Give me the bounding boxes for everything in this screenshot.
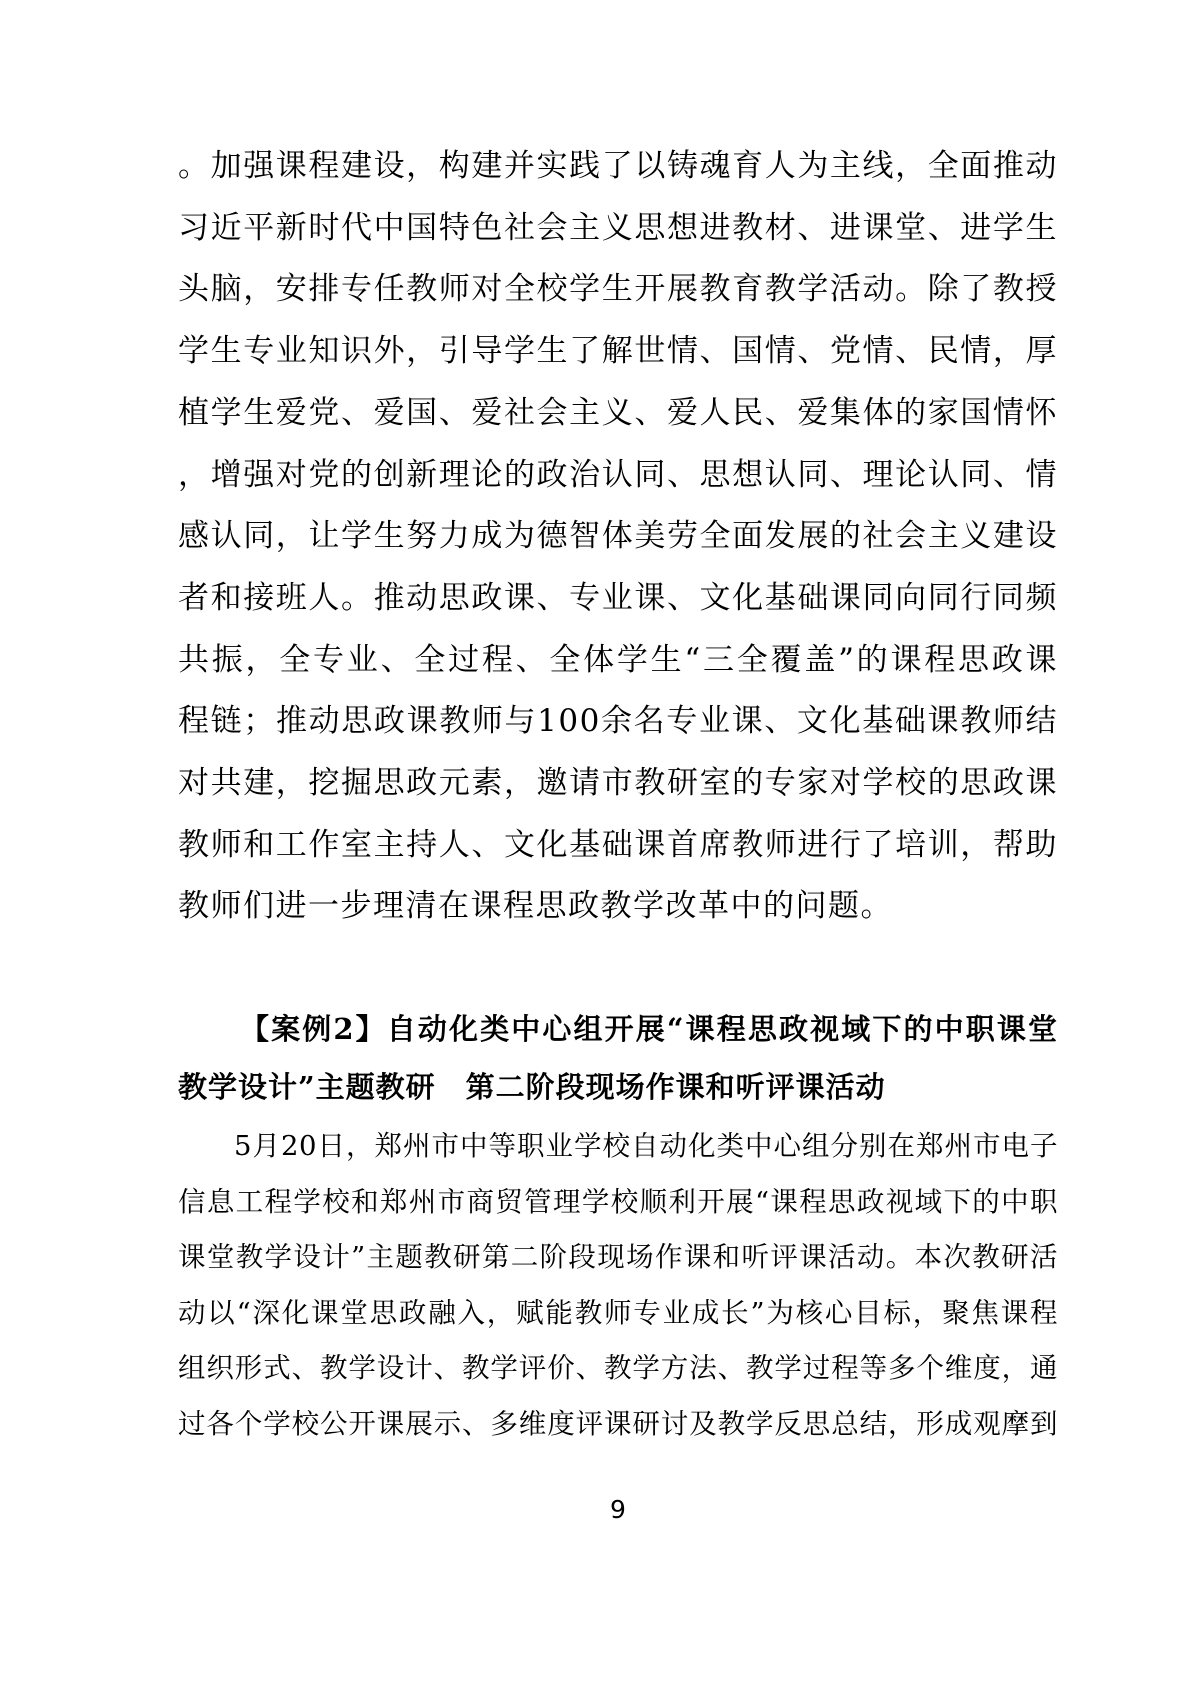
text-line: 教师们进一步理清在课程思政教学改革中的问题。 (178, 876, 1058, 938)
text-line: 植学生爱党、爱国、爱社会主义、爱人民、爱集体的家国情怀 (178, 383, 1058, 445)
text-line: 课堂教学设计”主题教研第二阶段现场作课和听评课活动。本次教研活 (178, 1230, 1058, 1286)
case2-heading: 【案例2】自动化类中心组开展“课程思政视域下的中职课堂 教学设计”主题教研 第二… (178, 1000, 1058, 1116)
text-line: ，增强对党的创新理论的政治认同、思想认同、理论认同、情 (178, 445, 1058, 507)
text-line: 信息工程学校和郑州市商贸管理学校顺利开展“课程思政视域下的中职 (178, 1175, 1058, 1231)
text-line: 头脑，安排专任教师对全校学生开展教育教学活动。除了教授 (178, 259, 1058, 321)
text-line: 过各个学校公开课展示、多维度评课研讨及教学反思总结，形成观摩到 (178, 1397, 1058, 1453)
text-line: 感认同，让学生努力成为德智体美劳全面发展的社会主义建设 (178, 506, 1058, 568)
text-line: 。加强课程建设，构建并实践了以铸魂育人为主线，全面推动 (178, 136, 1058, 198)
text-line: 学生专业知识外，引导学生了解世情、国情、党情、民情，厚 (178, 321, 1058, 383)
document-page: 。加强课程建设，构建并实践了以铸魂育人为主线，全面推动 习近平新时代中国特色社会… (0, 0, 1191, 1684)
heading-line: 教学设计”主题教研 第二阶段现场作课和听评课活动 (178, 1058, 1058, 1116)
paragraph-1: 。加强课程建设，构建并实践了以铸魂育人为主线，全面推动 习近平新时代中国特色社会… (178, 136, 1058, 938)
text-line: 5月20日，郑州市中等职业学校自动化类中心组分别在郑州市电子 (178, 1119, 1058, 1175)
paragraph-2: 5月20日，郑州市中等职业学校自动化类中心组分别在郑州市电子 信息工程学校和郑州… (178, 1119, 1058, 1452)
heading-line: 【案例2】自动化类中心组开展“课程思政视域下的中职课堂 (178, 1000, 1058, 1058)
text-line: 习近平新时代中国特色社会主义思想进教材、进课堂、进学生 (178, 198, 1058, 260)
text-line: 动以“深化课堂思政融入，赋能教师专业成长”为核心目标，聚焦课程 (178, 1286, 1058, 1342)
text-line: 者和接班人。推动思政课、专业课、文化基础课同向同行同频 (178, 568, 1058, 630)
text-line: 共振，全专业、全过程、全体学生“三全覆盖”的课程思政课 (178, 630, 1058, 692)
page-number: 9 (178, 1495, 1058, 1525)
text-line: 对共建，挖掘思政元素，邀请市教研室的专家对学校的思政课 (178, 753, 1058, 815)
text-line: 程链；推动思政课教师与100余名专业课、文化基础课教师结 (178, 691, 1058, 753)
text-line: 组织形式、教学设计、教学评价、教学方法、教学过程等多个维度，通 (178, 1341, 1058, 1397)
text-line: 教师和工作室主持人、文化基础课首席教师进行了培训，帮助 (178, 815, 1058, 877)
